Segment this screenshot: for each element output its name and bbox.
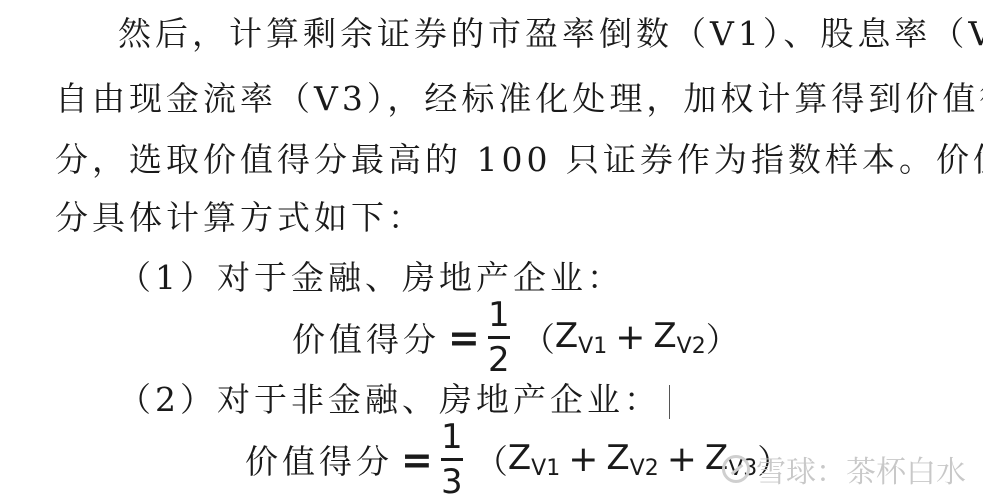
open-paren: （ bbox=[522, 314, 555, 361]
snowball-logo-icon bbox=[722, 455, 750, 483]
numerator: 1 bbox=[441, 418, 463, 456]
fraction: 1 2 bbox=[488, 296, 510, 379]
denominator: 3 bbox=[441, 463, 463, 500]
watermark: 雪球：茶杯白水 bbox=[722, 447, 966, 491]
term-zv2: ZV2 bbox=[653, 316, 705, 359]
formula-lhs: 价值得分 bbox=[292, 314, 440, 361]
numerator: 1 bbox=[488, 296, 510, 334]
case-2-label: （2）对于非金融、房地产企业： bbox=[118, 380, 670, 420]
watermark-text: 雪球：茶杯白水 bbox=[756, 447, 966, 491]
formula-financial: 价值得分 = 1 2 （ ZV1 + ZV2 ） bbox=[292, 296, 739, 379]
term-zv1: ZV1 bbox=[508, 438, 560, 481]
fraction-bar bbox=[441, 458, 463, 461]
case-1-label: （1）对于金融、房地产企业： bbox=[118, 258, 624, 298]
paragraph-line-2: 自由现金流率（V3），经标准化处理，加权计算得到价值得 bbox=[55, 79, 983, 119]
denominator: 2 bbox=[488, 341, 510, 379]
plus-sign: + bbox=[615, 317, 645, 358]
equals-sign: = bbox=[448, 316, 480, 360]
plus-sign: + bbox=[667, 439, 697, 480]
fraction: 1 3 bbox=[441, 418, 463, 500]
paragraph-line-3: 分，选取价值得分最高的 100 只证券作为指数样本。价值得 bbox=[55, 140, 983, 180]
formula-nonfinancial: 价值得分 = 1 3 （ ZV1 + ZV2 + ZV3 ） bbox=[245, 418, 790, 500]
formula-lhs: 价值得分 bbox=[245, 436, 393, 483]
term-zv2: ZV2 bbox=[606, 438, 658, 481]
term-zv1: ZV1 bbox=[555, 316, 607, 359]
open-paren: （ bbox=[475, 436, 508, 483]
equals-sign: = bbox=[401, 438, 433, 482]
paragraph-line-4: 分具体计算方式如下： bbox=[55, 198, 425, 238]
fraction-bar bbox=[488, 336, 510, 339]
plus-sign: + bbox=[568, 439, 598, 480]
paragraph-line-1: 然后，计算剩余证券的市盈率倒数（V1）、股息率（V2）、 bbox=[118, 14, 983, 54]
close-paren: ） bbox=[706, 314, 739, 361]
text-cursor bbox=[669, 385, 670, 419]
